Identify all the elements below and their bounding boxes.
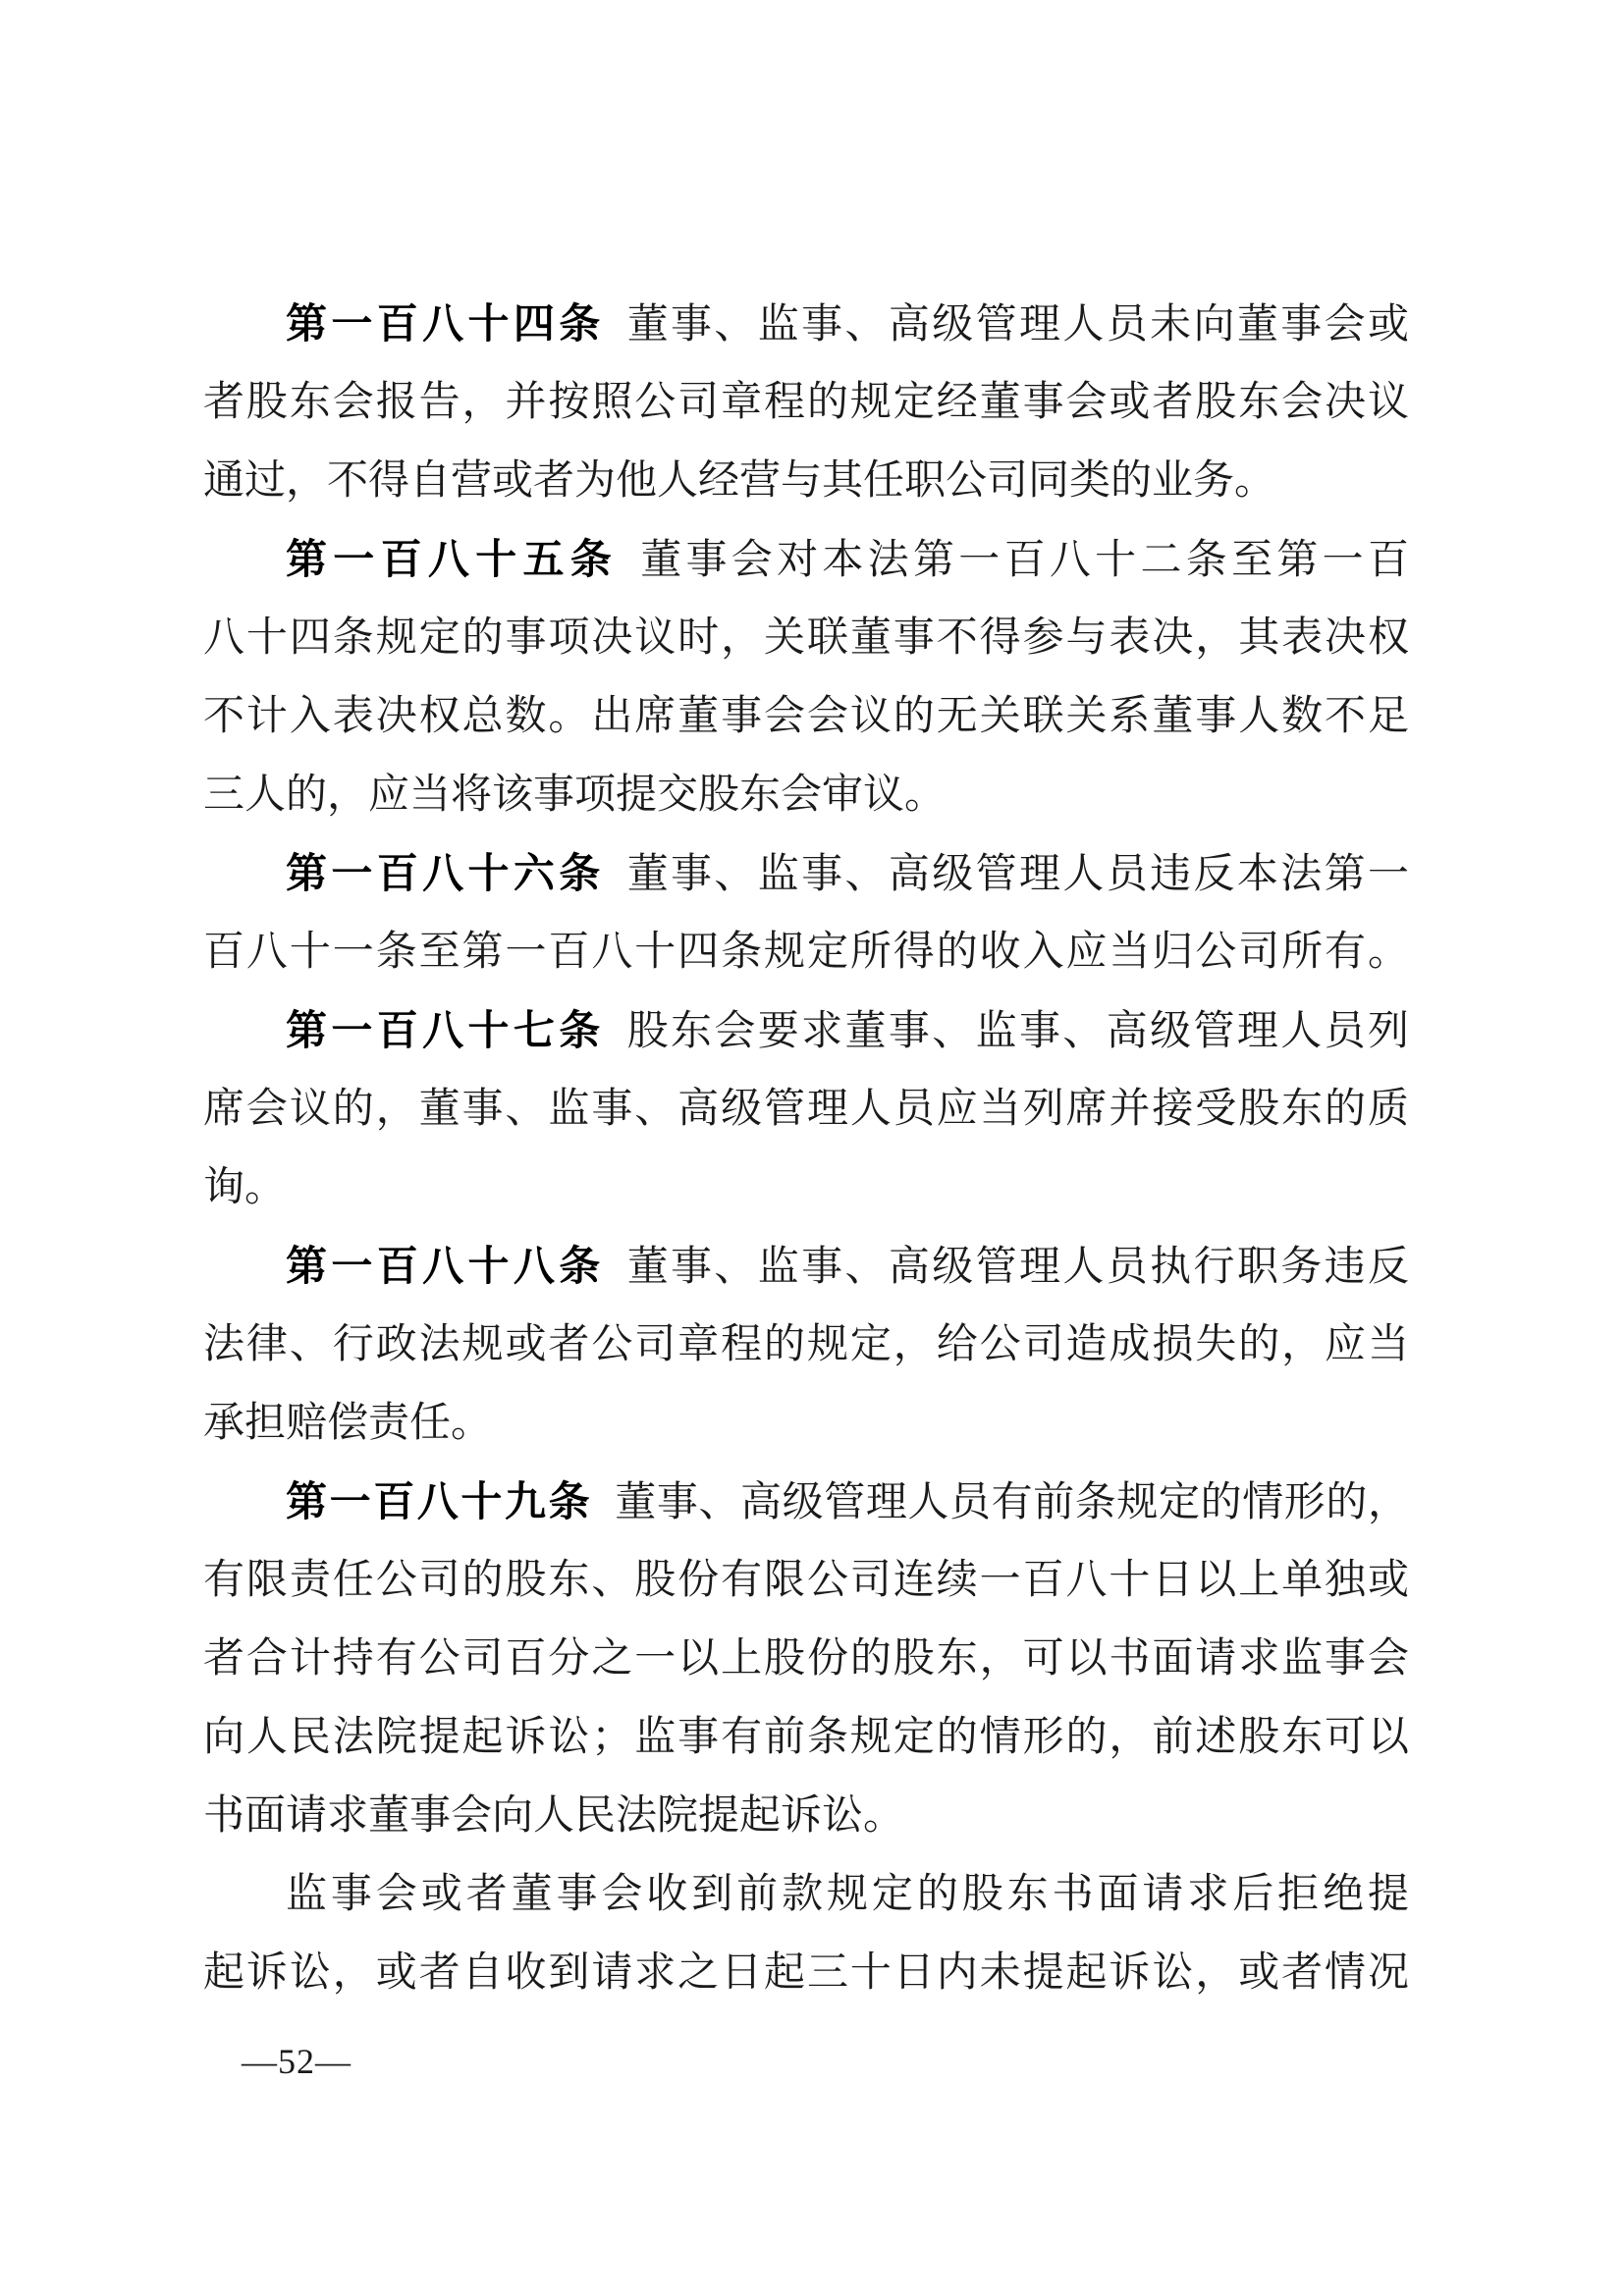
- text-line: 第一百八十四条董事、监事、高级管理人员未向董事会或: [203, 285, 1409, 363]
- article-paragraph-187: 第一百八十七条股东会要求董事、监事、高级管理人员列 席会议的，董事、监事、高级管…: [203, 991, 1409, 1227]
- text-line-content: 董事、监事、高级管理人员违反本法第一: [627, 852, 1409, 897]
- text-line: 书面请求董事会向人民法院提起诉讼。: [203, 1777, 1409, 1855]
- text-line: 第一百八十六条董事、监事、高级管理人员违反本法第一: [203, 834, 1409, 913]
- article-number: 第一百八十七条: [286, 1007, 605, 1053]
- text-line-content: 股东会要求董事、监事、高级管理人员列: [627, 1009, 1409, 1054]
- text-line-content: 董事、高级管理人员有前条规定的情形的，: [615, 1480, 1409, 1525]
- text-line: 席会议的，董事、监事、高级管理人员应当列席并接受股东的质: [203, 1070, 1409, 1148]
- text-line: 不计入表决权总数。出席董事会会议的无关联关系董事人数不足: [203, 677, 1409, 756]
- text-line: 法律、行政法规或者公司章程的规定，给公司造成损失的，应当: [203, 1306, 1409, 1384]
- text-line: 向人民法院提起诉讼；监事有前条规定的情形的，前述股东可以: [203, 1698, 1409, 1777]
- article-paragraph-184: 第一百八十四条董事、监事、高级管理人员未向董事会或 者股东会报告，并按照公司章程…: [203, 285, 1409, 520]
- text-line: 有限责任公司的股东、股份有限公司连续一百八十日以上单独或: [203, 1541, 1409, 1620]
- page-number: —52—: [242, 2042, 352, 2081]
- text-line: 者合计持有公司百分之一以上股份的股东，可以书面请求监事会: [203, 1620, 1409, 1698]
- text-line: 百八十一条至第一百八十四条规定所得的收入应当归公司所有。: [203, 913, 1409, 991]
- article-paragraph-188: 第一百八十八条董事、监事、高级管理人员执行职务违反 法律、行政法规或者公司章程的…: [203, 1227, 1409, 1463]
- article-paragraph-189: 第一百八十九条董事、高级管理人员有前条规定的情形的， 有限责任公司的股东、股份有…: [203, 1463, 1409, 1855]
- article-number: 第一百八十八条: [286, 1243, 605, 1289]
- text-line: 第一百八十八条董事、监事、高级管理人员执行职务违反: [203, 1227, 1409, 1306]
- article-number: 第一百八十六条: [286, 850, 605, 896]
- text-line: 通过，不得自营或者为他人经营与其任职公司同类的业务。: [203, 442, 1409, 520]
- article-number: 第一百八十五条: [286, 536, 618, 582]
- article-paragraph-186: 第一百八十六条董事、监事、高级管理人员违反本法第一 百八十一条至第一百八十四条规…: [203, 834, 1409, 991]
- text-line-content: 董事、监事、高级管理人员执行职务违反: [627, 1245, 1409, 1290]
- article-number: 第一百八十四条: [286, 300, 605, 347]
- article-number: 第一百八十九条: [286, 1478, 592, 1524]
- text-line: 三人的，应当将该事项提交股东会审议。: [203, 756, 1409, 834]
- text-line: 八十四条规定的事项决议时，关联董事不得参与表决，其表决权: [203, 599, 1409, 677]
- text-line: 第一百八十七条股东会要求董事、监事、高级管理人员列: [203, 991, 1409, 1070]
- text-line-content: 董事会对本法第一百八十二条至第一百: [640, 538, 1409, 583]
- text-line: 者股东会报告，并按照公司章程的规定经董事会或者股东会决议: [203, 363, 1409, 442]
- text-line: 承担赔偿责任。: [203, 1384, 1409, 1463]
- text-line: 第一百八十九条董事、高级管理人员有前条规定的情形的，: [203, 1463, 1409, 1541]
- text-line: 起诉讼，或者自收到请求之日起三十日内未提起诉讼，或者情况: [203, 1934, 1409, 2012]
- document-page: 第一百八十四条董事、监事、高级管理人员未向董事会或 者股东会报告，并按照公司章程…: [0, 0, 1624, 2296]
- article-paragraph-189-clause-2: 监事会或者董事会收到前款规定的股东书面请求后拒绝提 起诉讼，或者自收到请求之日起…: [203, 1855, 1409, 2012]
- text-line: 监事会或者董事会收到前款规定的股东书面请求后拒绝提: [203, 1855, 1409, 1934]
- text-line: 询。: [203, 1148, 1409, 1227]
- document-text-block: 第一百八十四条董事、监事、高级管理人员未向董事会或 者股东会报告，并按照公司章程…: [203, 285, 1409, 2012]
- text-line-content: 董事、监事、高级管理人员未向董事会或: [627, 302, 1409, 347]
- text-line: 第一百八十五条董事会对本法第一百八十二条至第一百: [203, 520, 1409, 599]
- article-paragraph-185: 第一百八十五条董事会对本法第一百八十二条至第一百 八十四条规定的事项决议时，关联…: [203, 520, 1409, 834]
